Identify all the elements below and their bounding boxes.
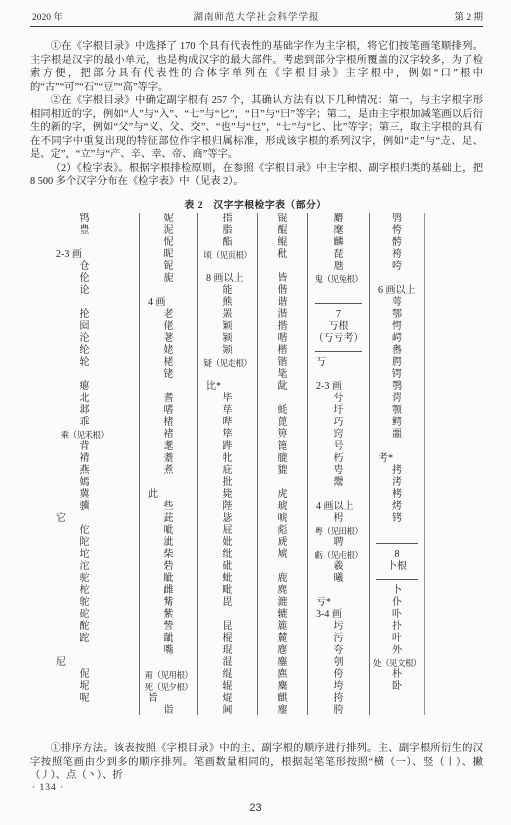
table-cell: 秕 — [258, 249, 307, 261]
table-cell: 妮 — [140, 213, 197, 225]
table-cell: 蚝 — [258, 405, 307, 417]
table-cell: 泚 — [140, 537, 197, 549]
table-cell — [308, 285, 369, 297]
table-cell — [370, 273, 424, 285]
table-cell: 锟 — [258, 213, 307, 225]
table-cell: 骻 — [370, 237, 424, 249]
table-cell: 楷 — [258, 345, 307, 357]
table-cell: 鄂 — [370, 309, 424, 321]
table-cell: 柴 — [140, 549, 197, 561]
table-cell: 甹 — [308, 465, 369, 477]
table-cell: 叶 — [370, 633, 424, 645]
table-cell: 锴 — [258, 357, 307, 369]
table-cell: 虒 — [258, 537, 307, 549]
table-cell: 兮 — [308, 393, 369, 405]
footnote-paragraph: ①排序方法。该表按照《字根目录》中的主、副字根的顺序进行排列。主、副字根所衍生的… — [30, 742, 483, 783]
table-cell: 3-4 画 — [308, 609, 369, 621]
table-cell: 瘪 — [30, 381, 139, 393]
table-cell: 丂根 — [308, 321, 369, 333]
table-cell: 觜 — [140, 597, 197, 609]
table-cell: 丂 — [308, 357, 369, 369]
table-cell: 卜 — [370, 585, 424, 597]
table-cell: 荖 — [140, 333, 197, 345]
table-cell: 毞 — [258, 369, 307, 381]
table-cell: 麓 — [258, 633, 307, 645]
table-cell: 砒 — [198, 561, 257, 573]
table-column-4: 锟醌鲲秕皆偕谐湝揩喈楷锴毞龀蚝蓖箅篦膍貔虎琥唬彪虒虓鹿麂漉辘簏麓麀鏖麃麋麒麈 — [258, 213, 308, 715]
table-cell — [30, 237, 139, 249]
table-cell: 貔 — [258, 465, 307, 477]
table-cell: 龀 — [258, 381, 307, 393]
table-cell — [370, 525, 424, 537]
table-cell: 眦 — [140, 573, 197, 585]
table-cell: 巧 — [308, 417, 369, 429]
table-cell — [198, 261, 257, 273]
table-cell: 死（见夕根） — [140, 681, 197, 693]
table-cell: 熊 — [198, 297, 257, 309]
table-section-rule — [370, 537, 424, 549]
table-cell: 砦 — [140, 561, 197, 573]
table-cell: 洘 — [370, 477, 424, 489]
table-cell: 麀 — [258, 645, 307, 657]
table-cell: 罴 — [198, 309, 257, 321]
table-cell: 烤 — [370, 501, 424, 513]
table-cell: 亏* — [308, 597, 369, 609]
table-cell: 顷（见页根） — [198, 249, 257, 261]
table-cell: 污 — [308, 633, 369, 645]
table-cell: 昵 — [140, 249, 197, 261]
table-cell: 沦 — [30, 333, 139, 345]
table-cell: 仓 — [30, 261, 139, 273]
table-cell: 崿 — [370, 333, 424, 345]
character-root-index-table: 鸨豊2-3 画仓伦论抡囵沦纶轮瘪北邶乖乘（见禾根）背褙燕嫣冀骥它佗陀坨沱驼柁鸵砣… — [30, 213, 425, 715]
table-cell — [308, 489, 369, 501]
table-column-5: 麝麾麟琵虺鬼（见兔根）7丂根（丂亏考）丂2-3 画兮圩巧窍号朽甹鬶4 画以上枵粤… — [308, 213, 370, 715]
table-cell: 哔 — [198, 417, 257, 429]
table-cell: 燕 — [30, 465, 139, 477]
table-cell: 耄 — [140, 441, 197, 453]
table-cell: 锷 — [370, 369, 424, 381]
table-cell: 旎 — [140, 273, 197, 285]
table-cell: 嫣 — [30, 477, 139, 489]
table-cell: 曦 — [308, 573, 369, 585]
table-cell: 鏖 — [258, 657, 307, 669]
table-footnote: ①排序方法。该表按照《字根目录》中的主、副字根的顺序进行排列。主、副字根所衍生的… — [30, 742, 483, 783]
table-cell: 酯 — [198, 237, 257, 249]
table-cell: 毘 — [198, 597, 257, 609]
table-cell: 铌 — [140, 261, 197, 273]
paragraph-3: （2）《检字表》。根据字根排检原则，在参照《字根目录》中主字根、副字根归类的基础… — [30, 162, 483, 189]
table-cell: 驼 — [30, 573, 139, 585]
table-cell: 夸 — [308, 645, 369, 657]
table-cell: 外 — [370, 645, 424, 657]
table-cell: 铑 — [140, 369, 197, 381]
table-cell: 蓖 — [258, 417, 307, 429]
table-cell: 紫 — [140, 609, 197, 621]
table-cell: 篦 — [258, 441, 307, 453]
table-cell: 鸵 — [30, 597, 139, 609]
running-head-journal-title: 湖南师范大学社会科学学报 — [30, 9, 483, 23]
table-column-3: 指脂酯顷（见页根）8 画以上能熊罴颖颍颎疑（见走根）比*毕荜哔筚跸牝庇批毙陛毖屁… — [198, 213, 258, 715]
table-cell: 疑（见走根） — [198, 357, 257, 369]
table-cell: 比* — [198, 381, 257, 393]
table-cell: 麾 — [308, 225, 369, 237]
table-cell: 甭（见用根） — [140, 669, 197, 681]
table-cell — [30, 297, 139, 309]
table-cell: 麒 — [258, 693, 307, 705]
table-cell: （丂亏考） — [308, 333, 369, 345]
table-cell — [258, 261, 307, 273]
table-cell: 北 — [30, 393, 139, 405]
table-cell: 腭 — [370, 357, 424, 369]
table-section-rule — [370, 573, 424, 585]
table-cell: 脂 — [198, 225, 257, 237]
table-cell: 泥 — [140, 225, 197, 237]
table-cell: 卟 — [370, 609, 424, 621]
table-cell: 琥 — [258, 501, 307, 513]
table-cell: 谔 — [370, 393, 424, 405]
table-cell: 诣 — [140, 705, 197, 715]
table-cell — [140, 477, 197, 489]
running-head-issue: 第 2 期 — [454, 9, 483, 23]
table-cell: 酡 — [30, 621, 139, 633]
table-cell: 褙 — [30, 453, 139, 465]
table-cell: 佬 — [140, 321, 197, 333]
table-cell — [140, 285, 197, 297]
table-cell: 乘（见禾根） — [30, 429, 139, 441]
table-cell: 混 — [198, 657, 257, 669]
table-cell: 毗 — [198, 585, 257, 597]
table-cell: 鬶 — [308, 477, 369, 489]
table-cell: 荜 — [198, 405, 257, 417]
running-head: 2020 年 湖南师范大学社会科学学报 第 2 期 — [30, 9, 483, 23]
paragraph-1: ①在《字根目录》中选择了 170 个具有代表性的基础字作为主字根，将它们按笔画笔… — [30, 40, 483, 94]
table-cell: 号 — [308, 441, 369, 453]
paragraph-2: ②在《字根目录》中确定副字根有 257 个，其确认方法有以下几种情况：第一，与主… — [30, 94, 483, 162]
table-cell: 阃 — [198, 705, 257, 715]
table-cell: 恗 — [370, 225, 424, 237]
table-section-rule — [308, 345, 369, 357]
table-cell: 琨 — [198, 645, 257, 657]
table-cell — [258, 561, 307, 573]
table-cell — [198, 609, 257, 621]
table-cell: 揩 — [258, 321, 307, 333]
table-cell: 卜根 — [370, 561, 424, 573]
table-cell: 尼 — [30, 657, 139, 669]
table-cell: 栳 — [140, 357, 197, 369]
table-cell: 漉 — [258, 597, 307, 609]
table-cell: 鬼（见兔根） — [308, 273, 369, 285]
table-cell: 铐 — [370, 513, 424, 525]
table-cell — [140, 381, 197, 393]
table-cell: 麟 — [308, 237, 369, 249]
table-cell: 鹗 — [370, 381, 424, 393]
table-caption: 表 2 汉字字根检字表（部分） — [0, 197, 511, 211]
table-cell: 屁 — [198, 525, 257, 537]
table-cell: 骥 — [30, 501, 139, 513]
body-text: ①在《字根目录》中选择了 170 个具有代表性的基础字作为主字根，将它们按笔画笔… — [30, 40, 483, 189]
table-cell: 枵 — [308, 513, 369, 525]
table-cell: 沱 — [30, 561, 139, 573]
table-cell: 抡 — [30, 309, 139, 321]
table-cell: 陀 — [30, 537, 139, 549]
table-cell: 谐 — [258, 297, 307, 309]
table-cell: 仆 — [370, 597, 424, 609]
table-cell: 膍 — [258, 453, 307, 465]
table-cell: 老 — [140, 309, 197, 321]
table-cell: 纰 — [198, 549, 257, 561]
table-cell: 茈 — [140, 513, 197, 525]
table-cell: 指 — [198, 213, 257, 225]
table-cell: 昆 — [198, 621, 257, 633]
table-cell: 胯 — [308, 705, 369, 715]
table-cell: 麂 — [258, 585, 307, 597]
table-cell: 愕 — [370, 321, 424, 333]
table-cell: 卧 — [370, 681, 424, 693]
table-cell: 羲 — [308, 561, 369, 573]
table-cell: 聘 — [308, 537, 369, 549]
table-cell: 挎 — [308, 693, 369, 705]
table-cell: 邶 — [30, 405, 139, 417]
table-cell: 背 — [30, 441, 139, 453]
table-cell: 虧（见虍根） — [308, 549, 369, 561]
table-cell: 处（见文根） — [370, 657, 424, 669]
table-cell: 焜 — [198, 693, 257, 705]
table-cell: 侉 — [308, 669, 369, 681]
table-cell: 訾 — [140, 621, 197, 633]
table-cell: 旨 — [140, 693, 197, 705]
table-cell: 颎 — [198, 345, 257, 357]
table-cell: 绲 — [198, 669, 257, 681]
table-cell: 些 — [140, 501, 197, 513]
header-rule — [30, 26, 483, 27]
table-cell: 朽 — [308, 453, 369, 465]
table-cell: 砣 — [30, 609, 139, 621]
table-column-6: 鸮恗骻袴咵6 画以上萼鄂愕崿嶴腭锷鹗谔颚鳄噩考*拷洘栲烤铐8卜根卜仆卟扑叶外处（… — [370, 213, 425, 715]
table-cell: 2-3 画 — [30, 249, 139, 261]
table-cell: 耆 — [140, 393, 197, 405]
table-cell: 粤（见田根） — [308, 525, 369, 537]
table-cell: 考* — [370, 453, 424, 465]
table-cell: 圬 — [308, 621, 369, 633]
table-cell: 彪 — [258, 525, 307, 537]
table-cell: 妣 — [198, 537, 257, 549]
table-cell: 鸨 — [30, 213, 139, 225]
table-cell: 龇 — [140, 633, 197, 645]
table-cell: 批 — [198, 477, 257, 489]
table-cell — [140, 657, 197, 669]
table-cell — [308, 369, 369, 381]
table-cell: 鹿 — [258, 573, 307, 585]
table-cell: 唬 — [258, 513, 307, 525]
pdf-page-number: 23 — [0, 802, 511, 814]
table-cell: 雌 — [140, 585, 197, 597]
table-cell: 虓 — [258, 549, 307, 561]
table-cell: 嘴 — [140, 645, 197, 657]
table-cell: 冀 — [30, 489, 139, 501]
table-cell: 湝 — [258, 309, 307, 321]
table-cell: 庇 — [198, 465, 257, 477]
table-cell: 陛 — [198, 501, 257, 513]
table-cell: 棍 — [198, 633, 257, 645]
table-cell — [30, 645, 139, 657]
table-cell: 鳄 — [370, 417, 424, 429]
table-cell: 嗜 — [140, 405, 197, 417]
table-cell: 8 画以上 — [198, 273, 257, 285]
table-cell: 麃 — [258, 669, 307, 681]
table-cell: 柁 — [30, 585, 139, 597]
table-cell: 楮 — [140, 417, 197, 429]
table-cell: 麝 — [308, 213, 369, 225]
table-cell: 褚 — [140, 429, 197, 441]
table-cell: 囵 — [30, 321, 139, 333]
table-cell: 朴 — [370, 669, 424, 681]
table-cell: 颚 — [370, 405, 424, 417]
table-cell: 萼 — [370, 297, 424, 309]
table-cell: 坭 — [30, 681, 139, 693]
table-cell — [198, 369, 257, 381]
table-cell: 毙 — [198, 489, 257, 501]
table-cell: 鲲 — [258, 237, 307, 249]
table-cell — [370, 693, 424, 705]
table-cell: 能 — [198, 285, 257, 297]
table-cell: 毕 — [198, 393, 257, 405]
table-cell: 颍 — [198, 333, 257, 345]
table-cell: 2-3 画 — [308, 381, 369, 393]
table-cell: 毖 — [198, 513, 257, 525]
table-cell: 颖 — [198, 321, 257, 333]
table-cell: 筚 — [198, 429, 257, 441]
table-cell: 刳 — [308, 657, 369, 669]
table-cell: 牝 — [198, 453, 257, 465]
table-cell: 鸮 — [370, 213, 424, 225]
table-cell: 虎 — [258, 489, 307, 501]
table-cell: 豊 — [30, 225, 139, 237]
table-cell: 虺 — [308, 261, 369, 273]
table-cell: 皆 — [258, 273, 307, 285]
table-cell: 噩 — [370, 429, 424, 441]
table-cell: 蚍 — [198, 573, 257, 585]
table-cell — [308, 585, 369, 597]
table-cell: 怩 — [140, 237, 197, 249]
table-cell — [258, 393, 307, 405]
table-cell: 耋 — [140, 453, 197, 465]
table-cell: 4 画 — [140, 297, 197, 309]
table-cell: 伲 — [30, 669, 139, 681]
table-cell: 嶴 — [370, 345, 424, 357]
scanned-paper-page: 2020 年 湖南师范大学社会科学学报 第 2 期 ①在《字根目录》中选择了 1… — [0, 0, 511, 825]
table-cell — [370, 441, 424, 453]
table-cell: 跎 — [30, 633, 139, 645]
table-cell: 辊 — [198, 681, 257, 693]
table-section-rule — [308, 297, 369, 309]
table-cell: 偕 — [258, 285, 307, 297]
table-column-1: 鸨豊2-3 画仓伦论抡囵沦纶轮瘪北邶乖乘（见禾根）背褙燕嫣冀骥它佗陀坨沱驼柁鸵砣… — [30, 213, 140, 715]
table-cell: 煮 — [140, 465, 197, 477]
journal-page-number: · 134 · — [32, 783, 64, 793]
table-cell: 佗 — [30, 525, 139, 537]
table-cell: 此 — [140, 489, 197, 501]
table-cell: 6 画以上 — [370, 285, 424, 297]
table-cell: 姥 — [140, 345, 197, 357]
table-cell: 8 — [370, 549, 424, 561]
table-cell: 7 — [308, 309, 369, 321]
table-cell: 窍 — [308, 429, 369, 441]
table-cell: 麋 — [258, 681, 307, 693]
table-cell: 4 画以上 — [308, 501, 369, 513]
table-cell — [30, 369, 139, 381]
table-cell: 乖 — [30, 417, 139, 429]
table-cell: 簏 — [258, 621, 307, 633]
table-cell: 呲 — [140, 525, 197, 537]
table-cell: 咵 — [370, 261, 424, 273]
table-cell: 扑 — [370, 621, 424, 633]
table-cell: 箅 — [258, 429, 307, 441]
table-cell: 跸 — [198, 441, 257, 453]
table-cell: 论 — [30, 285, 139, 297]
table-cell: 琵 — [308, 249, 369, 261]
table-cell: 伦 — [30, 273, 139, 285]
table-cell: 拷 — [370, 465, 424, 477]
table-cell: 袴 — [370, 249, 424, 261]
table-cell: 纶 — [30, 345, 139, 357]
table-cell: 呢 — [30, 693, 139, 705]
table-cell: 栲 — [370, 489, 424, 501]
table-cell: 醌 — [258, 225, 307, 237]
table-cell: 它 — [30, 513, 139, 525]
table-cell: 垮 — [308, 681, 369, 693]
table-cell: 喈 — [258, 333, 307, 345]
table-cell: 麈 — [258, 705, 307, 715]
table-cell: 轮 — [30, 357, 139, 369]
table-column-2: 妮泥怩昵铌旎4 画老佬荖姥栳铑耆嗜楮褚耄耋煮此些茈呲泚柴砦眦雌觜紫訾龇嘴甭（见用… — [140, 213, 198, 715]
table-cell — [258, 477, 307, 489]
table-cell: 圩 — [308, 405, 369, 417]
table-cell: 坨 — [30, 549, 139, 561]
table-cell: 辘 — [258, 609, 307, 621]
